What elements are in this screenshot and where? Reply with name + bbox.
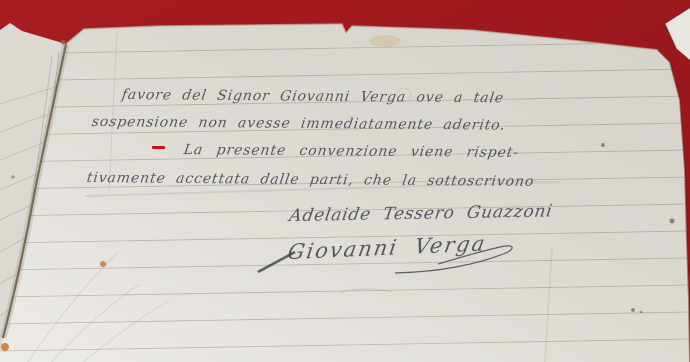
handwriting-layer: favore del Signor Giovanni Verga ove a t… [0,0,690,362]
signature-adelaide-tessero: Adelaide Tessero Guazzoni [288,201,554,226]
manuscript-line-4: tivamente accettata dalle parti, che la … [86,170,536,190]
red-margin-mark [152,146,165,149]
manuscript-line-1: favore del Signor Giovanni Verga ove a t… [121,87,506,106]
manuscript-line-2: sospensione non avesse immediatamente ad… [91,114,507,134]
signature-giovanni-verga: Giovanni Verga [286,231,489,264]
manuscript-photo: favore del Signor Giovanni Verga ove a t… [0,0,690,362]
manuscript-line-3: La presente convenzione viene rispet- [183,142,520,161]
